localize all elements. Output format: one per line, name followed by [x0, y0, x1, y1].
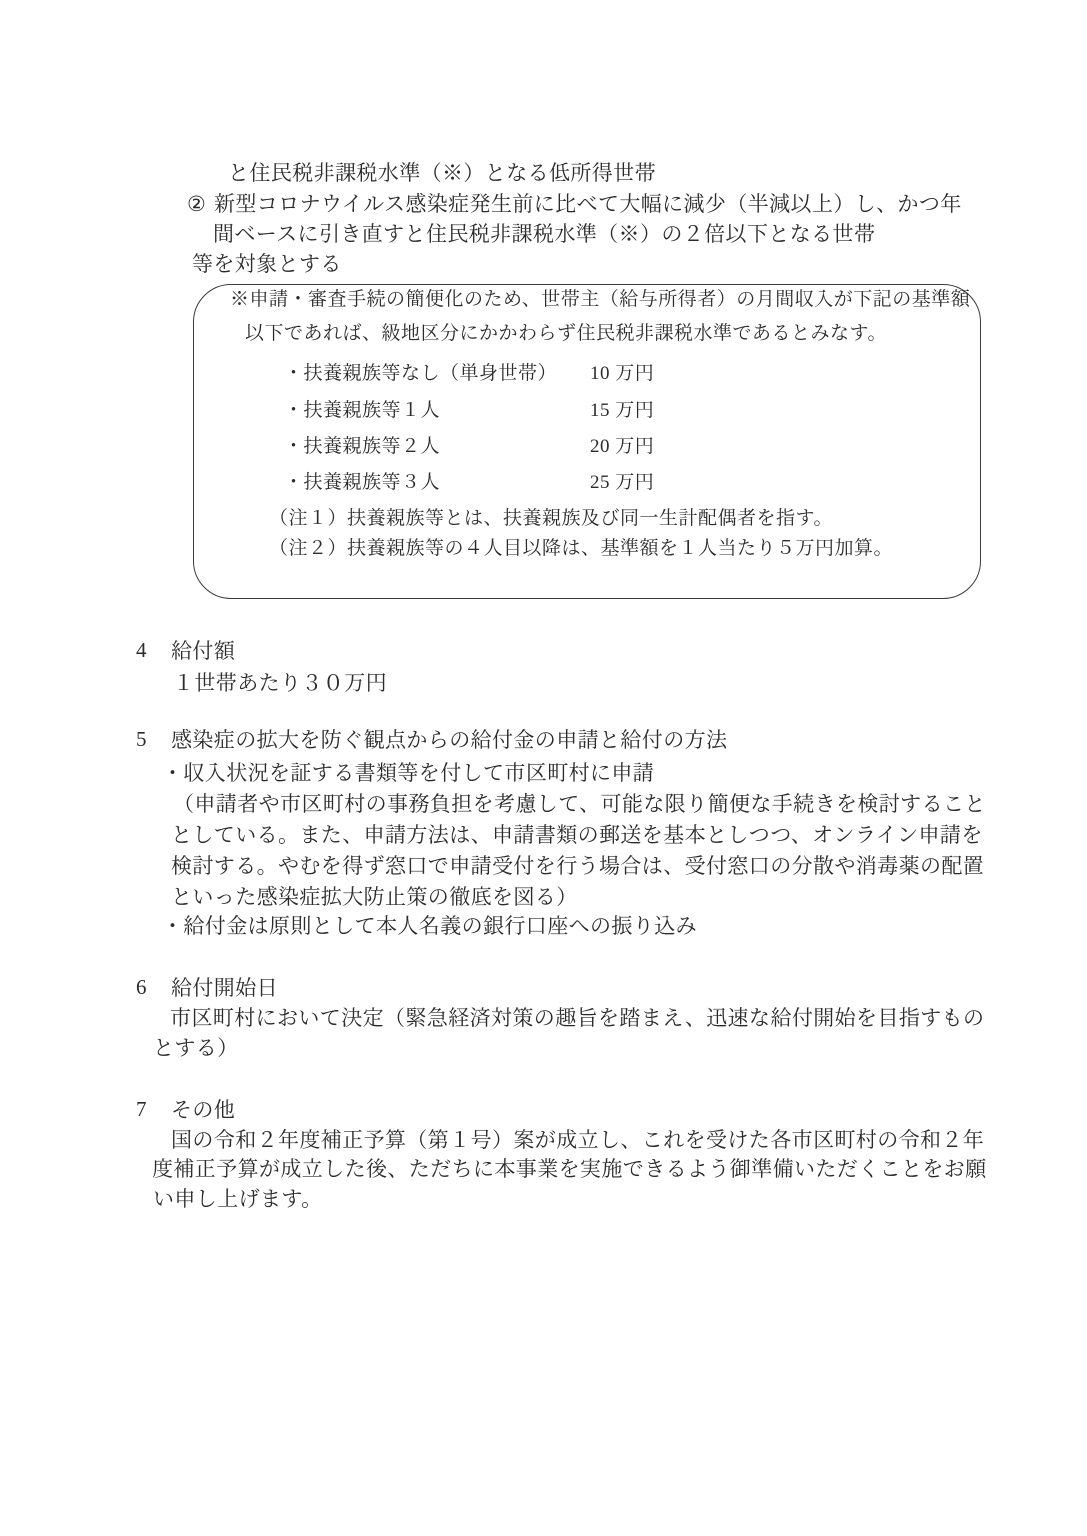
dependent-row-label: ・扶養親族等３人 — [284, 471, 440, 495]
body-line: 国の令和２年度補正予算（第１号）案が成立し、これを受けた各市区町村の令和２年 — [171, 1127, 984, 1153]
dependent-row-amount: 20 万円 — [590, 435, 654, 459]
intro-item2-line-1: ②新型コロナウイルス感染症発生前に比べて大幅に減少（半減以上）し、かつ年 — [187, 191, 962, 217]
note-box-line-2: 以下であれば、級地区分にかかわらず住民税非課税水準であるとみなす。 — [245, 322, 887, 346]
document-page: と住民税非課税水準（※）となる低所得世帯 ②新型コロナウイルス感染症発生前に比べ… — [0, 0, 1087, 1536]
body-line: （申請者や市区町村の事務負担を考慮して、可能な限り簡便な手続きを検討すること — [173, 791, 986, 817]
dependent-row-amount: 10 万円 — [590, 362, 654, 386]
section-number: 6 — [136, 975, 147, 1000]
dependent-row-label: ・扶養親族等２人 — [284, 435, 440, 459]
intro-item2-line-2: 間ベースに引き直すと住民税非課税水準（※）の２倍以下となる世帯 — [213, 221, 875, 247]
circled-two-marker: ② — [187, 191, 214, 217]
dependent-row-amount: 25 万円 — [590, 471, 654, 495]
note-footnote-2: （注２）扶養親族等の４人目以降は、基準額を１人当たり５万円加算。 — [269, 537, 893, 561]
body-line: とする） — [153, 1035, 239, 1061]
dependent-row-label: ・扶養親族等１人 — [284, 399, 440, 423]
section-title: 給付額 — [171, 638, 235, 664]
body-line: い申し上げます。 — [153, 1186, 323, 1212]
body-line: といった感染症拡大防止策の徹底を図る） — [171, 884, 578, 910]
section-title: 感染症の拡大を防ぐ観点からの給付金の申請と給付の方法 — [171, 727, 727, 753]
dependent-row-label: ・扶養親族等なし（単身世帯） — [284, 362, 557, 386]
intro-line-1: と住民税非課税水準（※）となる低所得世帯 — [228, 160, 656, 186]
dependent-row-amount: 15 万円 — [590, 399, 654, 423]
section-title: その他 — [171, 1097, 235, 1123]
intro-item2-text: 新型コロナウイルス感染症発生前に比べて大幅に減少（半減以上）し、かつ年 — [214, 192, 962, 216]
section-number: 4 — [136, 638, 147, 663]
section-number: 7 — [136, 1097, 147, 1122]
intro-tail: 等を対象とする — [192, 251, 342, 277]
body-line: 度補正予算が成立した後、ただちに本事業を実施できるよう御準備いただくことをお願 — [152, 1156, 987, 1182]
body-line: としている。また、申請方法は、申請書類の郵送を基本としつつ、オンライン申請を — [171, 822, 983, 848]
body-line: ・給付金は原則として本人名義の銀行口座への振り込み — [162, 913, 697, 939]
note-box-line-1: ※申請・審査手続の簡便化のため、世帯主（給与所得者）の月間収入が下記の基準額 — [230, 288, 970, 312]
note-footnote-1: （注１）扶養親族等とは、扶養親族及び同一生計配偶者を指す。 — [269, 507, 833, 531]
body-line: 市区町村において決定（緊急経済対策の趣旨を踏まえ、迅速な給付開始を目指すもの — [170, 1005, 984, 1031]
body-line: 検討する。やむを得ず窓口で申請受付を行う場合は、受付窓口の分散や消毒薬の配置 — [171, 853, 984, 879]
body-line: ・収入状況を証する書類等を付して市区町村に申請 — [162, 760, 654, 786]
section-number: 5 — [136, 727, 147, 752]
body-line: １世帯あたり３０万円 — [173, 670, 387, 696]
section-title: 給付開始日 — [171, 975, 278, 1001]
